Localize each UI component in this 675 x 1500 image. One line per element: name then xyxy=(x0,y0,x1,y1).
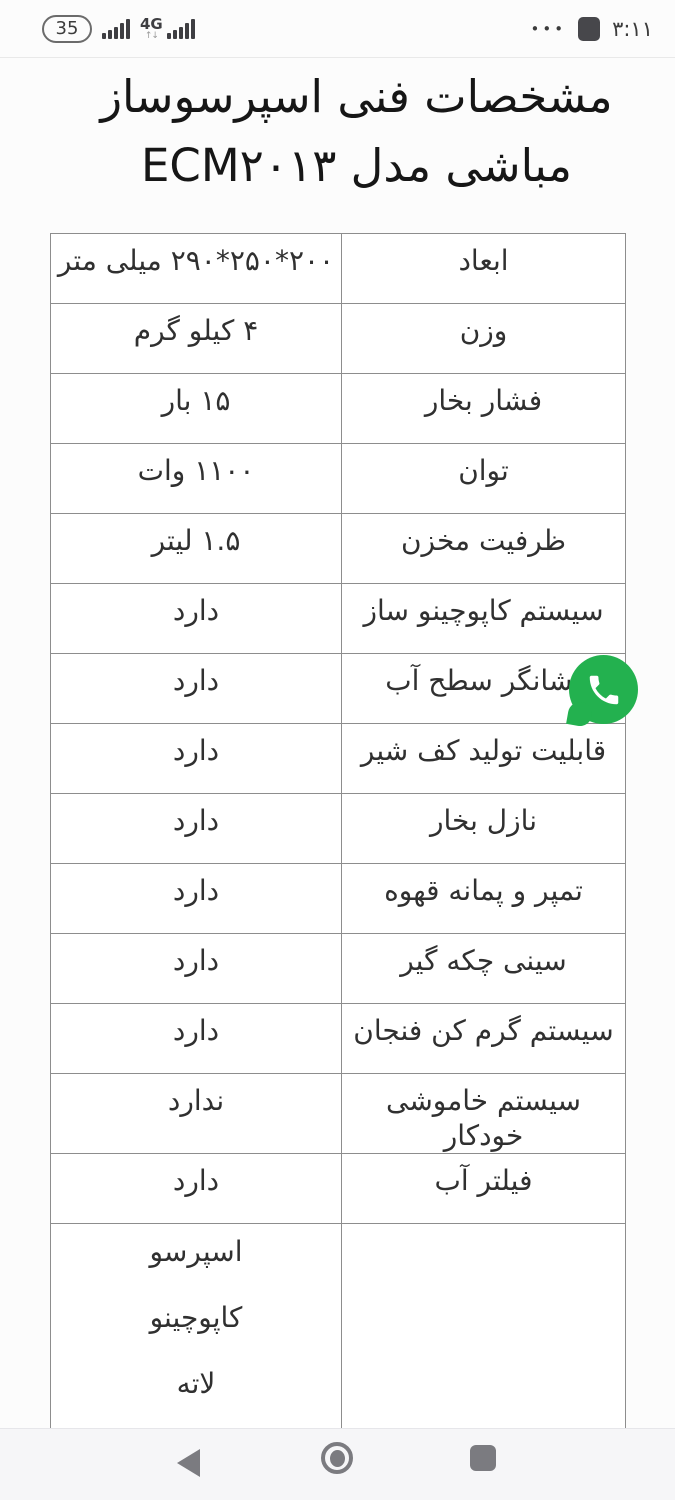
table-row: اسپرسوکاپوچینولاته xyxy=(51,1224,626,1430)
home-button-icon[interactable] xyxy=(321,1442,353,1474)
phone-screen: 35 4G ↑↓ ••• ۳:۱۱ مشخصات فنی اسپرسوساز م… xyxy=(0,0,675,1500)
spec-label: توان xyxy=(342,444,626,514)
table-row: ظرفیت مخزن۱.۵ لیتر xyxy=(51,514,626,584)
status-right-group: ••• ۳:۱۱ xyxy=(531,0,653,57)
table-row: توان۱۱۰۰ وات xyxy=(51,444,626,514)
spec-value: دارد xyxy=(51,724,342,794)
spec-label: قابلیت تولید کف شیر xyxy=(342,724,626,794)
status-bar: 35 4G ↑↓ ••• ۳:۱۱ xyxy=(0,0,675,58)
table-row: ابعاد۲۰۰*۲۵۰*۲۹۰ میلی متر xyxy=(51,234,626,304)
spec-value-line: کاپوچینو xyxy=(57,1299,335,1337)
spec-value-line: اسپرسو xyxy=(57,1233,335,1271)
page-title: مشخصات فنی اسپرسوساز مباشی مدل ECM۲۰۱۳ xyxy=(0,62,675,200)
status-left-group: 35 4G ↑↓ xyxy=(42,0,195,57)
spec-label: وزن xyxy=(342,304,626,374)
spec-value: ۱.۵ لیتر xyxy=(51,514,342,584)
more-notifications-icon: ••• xyxy=(531,20,567,38)
navigation-bar xyxy=(0,1428,675,1500)
table-row: سیستم گرم کن فنجاندارد xyxy=(51,1004,626,1074)
spec-label: سینی چکه گیر xyxy=(342,934,626,1004)
spec-value-line: لاته xyxy=(57,1365,335,1403)
spec-value: دارد xyxy=(51,1154,342,1224)
whatsapp-button[interactable] xyxy=(569,655,638,724)
table-row: سیستم کاپوچینو سازدارد xyxy=(51,584,626,654)
spec-table-body: ابعاد۲۰۰*۲۵۰*۲۹۰ میلی متروزن۴ کیلو گرمفش… xyxy=(51,234,626,1430)
spec-table: ابعاد۲۰۰*۲۵۰*۲۹۰ میلی متروزن۴ کیلو گرمفش… xyxy=(50,233,626,1429)
signal-bars-icon xyxy=(102,19,130,39)
app-indicator-icon xyxy=(578,17,600,41)
table-row: تمپر و پمانه قهوهدارد xyxy=(51,864,626,934)
page-title-line1: مشخصات فنی اسپرسوساز xyxy=(38,62,675,131)
table-row: سینی چکه گیردارد xyxy=(51,934,626,1004)
phone-icon xyxy=(585,671,623,709)
spec-value: ۱۱۰۰ وات xyxy=(51,444,342,514)
battery-icon: 35 xyxy=(42,15,92,43)
spec-label: فیلتر آب xyxy=(342,1154,626,1224)
spec-value: ۱۵ بار xyxy=(51,374,342,444)
battery-percent: 35 xyxy=(56,18,79,39)
spec-value: دارد xyxy=(51,794,342,864)
spec-label xyxy=(342,1224,626,1430)
spec-label: سیستم گرم کن فنجان xyxy=(342,1004,626,1074)
table-row: نشانگر سطح آبدارد xyxy=(51,654,626,724)
signal-bars-icon-2 xyxy=(167,19,195,39)
network-type: 4G ↑↓ xyxy=(140,17,163,41)
spec-value: دارد xyxy=(51,584,342,654)
spec-value: دارد xyxy=(51,934,342,1004)
back-button-icon[interactable] xyxy=(177,1449,200,1477)
data-arrows-icon: ↑↓ xyxy=(145,32,158,41)
spec-label: فشار بخار xyxy=(342,374,626,444)
spec-value: ندارد xyxy=(51,1074,342,1154)
spec-label: سیستم کاپوچینو ساز xyxy=(342,584,626,654)
spec-value: دارد xyxy=(51,1004,342,1074)
spec-value: دارد xyxy=(51,654,342,724)
spec-value: ۴ کیلو گرم xyxy=(51,304,342,374)
table-row: سیستم خاموشی خودکارندارد xyxy=(51,1074,626,1154)
recents-button-icon[interactable] xyxy=(470,1445,496,1471)
spec-value: دارد xyxy=(51,864,342,934)
spec-label: سیستم خاموشی خودکار xyxy=(342,1074,626,1154)
spec-table-wrap: ابعاد۲۰۰*۲۵۰*۲۹۰ میلی متروزن۴ کیلو گرمفش… xyxy=(50,233,627,1429)
spec-label: ظرفیت مخزن xyxy=(342,514,626,584)
table-row: وزن۴ کیلو گرم xyxy=(51,304,626,374)
spec-value: ۲۰۰*۲۵۰*۲۹۰ میلی متر xyxy=(51,234,342,304)
spec-label: نازل بخار xyxy=(342,794,626,864)
spec-label: ابعاد xyxy=(342,234,626,304)
network-label: 4G xyxy=(140,17,163,32)
table-row: نازل بخاردارد xyxy=(51,794,626,864)
spec-label: تمپر و پمانه قهوه xyxy=(342,864,626,934)
table-row: فشار بخار۱۵ بار xyxy=(51,374,626,444)
table-row: قابلیت تولید کف شیردارد xyxy=(51,724,626,794)
page-title-line2: مباشی مدل ECM۲۰۱۳ xyxy=(38,131,675,200)
table-row: فیلتر آبدارد xyxy=(51,1154,626,1224)
spec-value: اسپرسوکاپوچینولاته xyxy=(51,1224,342,1430)
status-time: ۳:۱۱ xyxy=(612,17,653,41)
